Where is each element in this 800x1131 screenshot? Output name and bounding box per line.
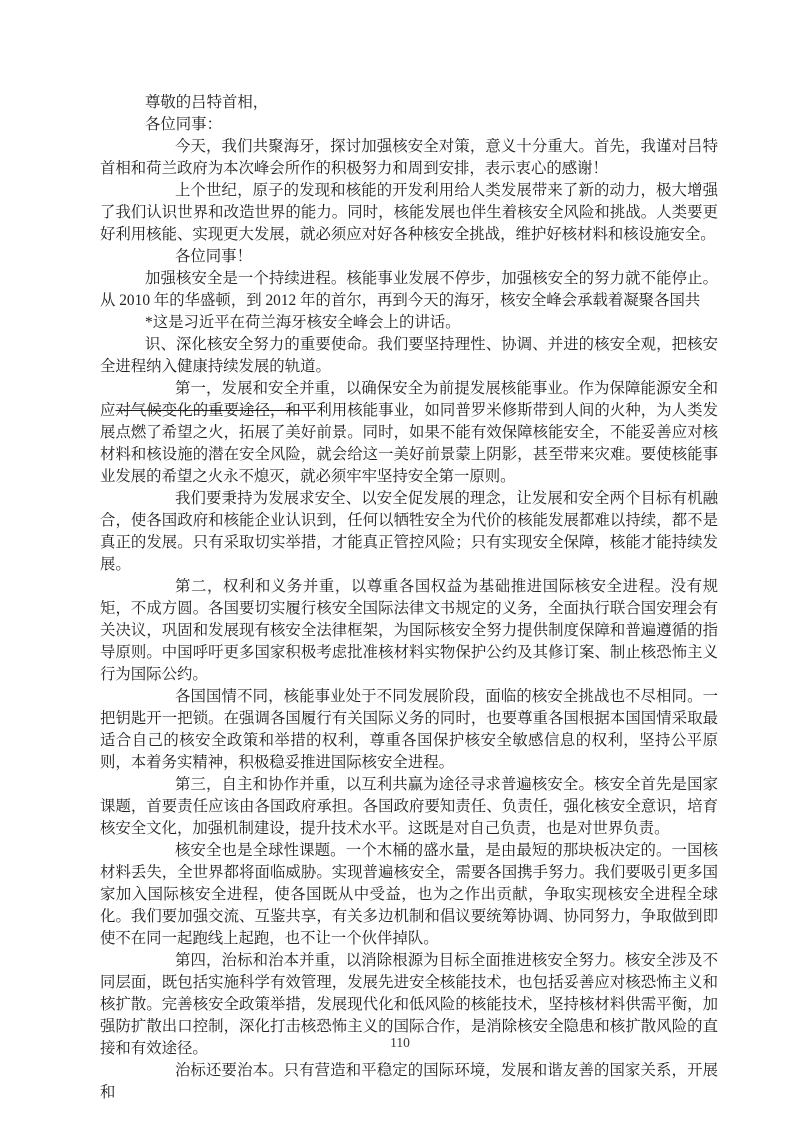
text-segment: 我们要秉持为发展求安全、以安全促发展的理念，让发展和安全两个目标有机融合，使各国… (100, 490, 718, 573)
page-footer: 110 (0, 1034, 800, 1052)
paragraph: 上个世纪，原子的发现和核能的开发利用给人类发展带来了新的动力，极大增强了我们认识… (100, 180, 718, 246)
paragraph: 核安全也是全球性课题。一个木桶的盛水量，是由最短的那块板决定的。一国核材料丢失，… (100, 840, 718, 950)
paragraph: 治标还要治本。只有营造和平稳定的国际环境，发展和谐友善的国家关系，开展和 (100, 1060, 718, 1104)
text-segment: 核安全也是全球性课题。一个木桶的盛水量，是由最短的那块板决定的。一国核材料丢失，… (100, 842, 718, 947)
paragraph: 第二，权利和义务并重，以尊重各国权益为基础推进国际核安全进程。没有规矩，不成方圆… (100, 576, 718, 686)
page-number: 110 (390, 1035, 410, 1050)
text-segment: 第三，自主和协作并重，以互利共赢为途径寻求普遍核安全。核安全首先是国家课题，首要… (100, 776, 718, 837)
text-segment: 识、深化核安全努力的重要使命。我们要坚持理性、协调、并进的核安全观，把核安全进程… (100, 336, 718, 375)
text-segment: 各国国情不同，核能事业处于不同发展阶段，面临的核安全挑战也不尽相同。一把钥匙开一… (100, 688, 718, 771)
text-segment: 加强核安全是一个持续进程。核能事业发展不停步，加强核安全的努力就不能停止。从 2… (100, 270, 718, 309)
footnote-line: *这是习近平在荷兰海牙核安全峰会上的讲话。 (100, 312, 718, 334)
paragraph: 识、深化核安全努力的重要使命。我们要坚持理性、协调、并进的核安全观，把核安全进程… (100, 334, 718, 378)
document-body: 尊敬的吕特首相，各位同事：今天，我们共聚海牙，探讨加强核安全对策，意义十分重大。… (100, 92, 718, 1104)
strikethrough-text: 对气候变化的重要途径，和平 (115, 402, 316, 419)
text-segment: 第二，权利和义务并重，以尊重各国权益为基础推进国际核安全进程。没有规矩，不成方圆… (100, 578, 718, 683)
text-segment: 今天，我们共聚海牙，探讨加强核安全对策，意义十分重大。首先，我谨对吕特首相和荷兰… (100, 138, 718, 177)
text-segment: 治标还要治本。只有营造和平稳定的国际环境，发展和谐友善的国家关系，开展和 (100, 1062, 718, 1101)
text-segment: 各位同事： (145, 116, 222, 133)
salutation-line: 尊敬的吕特首相， (100, 92, 718, 114)
text-segment: 各位同事！ (175, 248, 252, 265)
text-segment: 上个世纪，原子的发现和核能的开发利用给人类发展带来了新的动力，极大增强了我们认识… (100, 182, 718, 243)
text-segment: 尊敬的吕特首相， (145, 94, 268, 111)
paragraph: 第一，发展和安全并重，以确保安全为前提发展核能事业。作为保障能源安全和应对气候变… (100, 378, 718, 488)
document-page: 尊敬的吕特首相，各位同事：今天，我们共聚海牙，探讨加强核安全对策，意义十分重大。… (0, 0, 800, 1131)
paragraph: 各国国情不同，核能事业处于不同发展阶段，面临的核安全挑战也不尽相同。一把钥匙开一… (100, 686, 718, 774)
paragraph: 第三，自主和协作并重，以互利共赢为途径寻求普遍核安全。核安全首先是国家课题，首要… (100, 774, 718, 840)
paragraph: 加强核安全是一个持续进程。核能事业发展不停步，加强核安全的努力就不能停止。从 2… (100, 268, 718, 312)
salutation-line: 各位同事！ (100, 246, 718, 268)
paragraph: 我们要秉持为发展求安全、以安全促发展的理念，让发展和安全两个目标有机融合，使各国… (100, 488, 718, 576)
paragraph: 今天，我们共聚海牙，探讨加强核安全对策，意义十分重大。首先，我谨对吕特首相和荷兰… (100, 136, 718, 180)
text-segment: *这是习近平在荷兰海牙核安全峰会上的讲话。 (145, 314, 461, 331)
salutation-line: 各位同事： (100, 114, 718, 136)
